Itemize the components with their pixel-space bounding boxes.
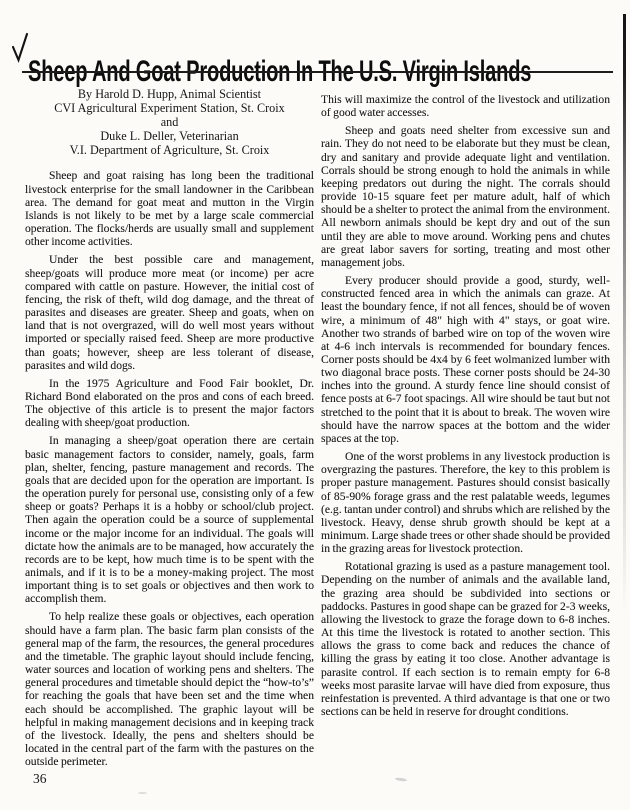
scanned-article-page: Sheep And Goat Production In The U.S. Vi…: [0, 0, 630, 810]
body-paragraph: In managing a sheep/goat operation there…: [25, 434, 314, 605]
byline-line: V.I. Department of Agriculture, St. Croi…: [31, 143, 308, 157]
body-paragraph: Sheep and goat raising has long been the…: [25, 169, 314, 248]
byline-line: and: [31, 115, 308, 129]
body-paragraph: In the 1975 Agriculture and Food Fair bo…: [25, 377, 314, 430]
byline-line: Duke L. Deller, Veterinarian: [31, 129, 308, 143]
right-column: This will maximize the control of the li…: [321, 86, 610, 773]
scan-smudge: [138, 792, 147, 794]
body-paragraph: Sheep and goats need shelter from excess…: [321, 124, 610, 269]
body-paragraph: Every producer should provide a good, st…: [321, 274, 610, 445]
handwritten-checkmark-icon: [11, 32, 29, 64]
article-body: By Harold D. Hupp, Animal Scientist CVI …: [25, 86, 610, 773]
byline-line: CVI Agricultural Experiment Station, St.…: [31, 101, 308, 115]
byline-line: By Harold D. Hupp, Animal Scientist: [31, 87, 308, 101]
scan-smudge: [395, 777, 407, 782]
body-paragraph: To help realize these goals or objective…: [25, 610, 314, 768]
body-paragraph: This will maximize the control of the li…: [321, 93, 610, 119]
body-paragraph: Rotational grazing is used as a pasture …: [321, 560, 610, 718]
body-paragraph: One of the worst problems in any livesto…: [321, 450, 610, 555]
page-number: 36: [33, 771, 47, 787]
scan-edge-artifact: [623, 14, 626, 614]
left-column: By Harold D. Hupp, Animal Scientist CVI …: [25, 86, 314, 773]
byline: By Harold D. Hupp, Animal Scientist CVI …: [31, 87, 308, 157]
title-rule: [22, 71, 613, 73]
body-paragraph: Under the best possible care and managem…: [25, 253, 314, 371]
